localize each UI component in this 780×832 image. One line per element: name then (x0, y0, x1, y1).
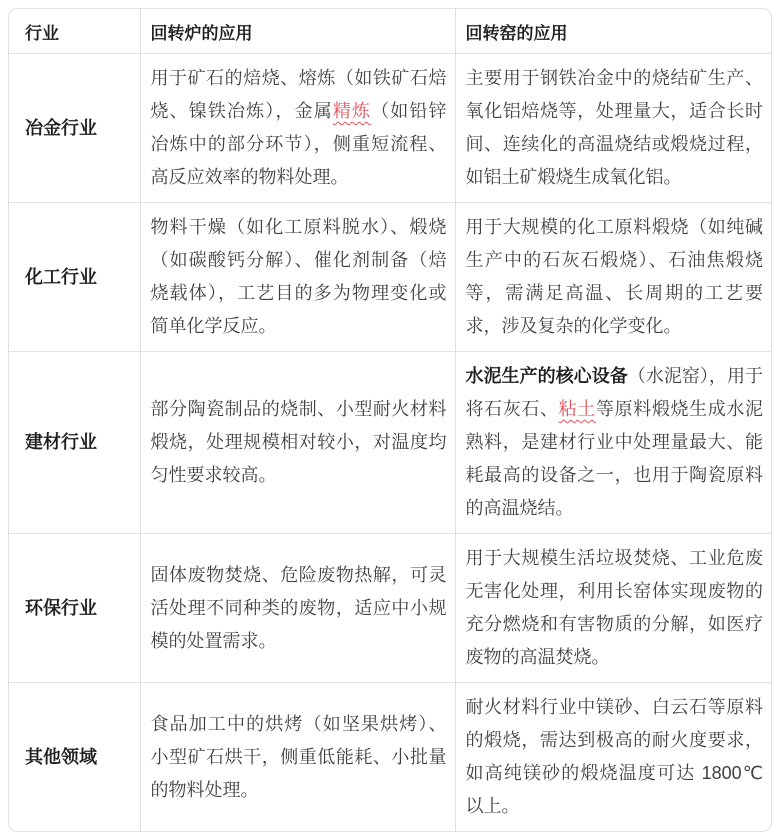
text-segment: 耐火材料行业中镁砂、白云石等原料的煅烧，需达到极高的耐火度要求，如高纯镁砂的煅烧… (466, 697, 764, 816)
kiln-cell: 用于大规模的化工原料煅烧（如纯碱生产中的石灰石煅烧）、石油焦煅烧等，需满足高温、… (455, 203, 771, 352)
red-highlighted-text: 粘土 (559, 399, 596, 419)
industry-comparison-table: 行业 回转炉的应用 回转窑的应用 冶金行业 用于矿石的焙烧、熔炼（如铁矿石焙烧、… (8, 8, 772, 832)
comparison-table: 行业 回转炉的应用 回转窑的应用 冶金行业 用于矿石的焙烧、熔炼（如铁矿石焙烧、… (9, 9, 771, 831)
text-segment: 食品加工中的烘烤（如坚果烘烤）、小型矿石烘干，侧重低能耗、小批量的物料处理。 (151, 714, 447, 800)
industry-cell: 环保行业 (9, 534, 140, 683)
col-header-industry: 行业 (9, 9, 140, 54)
text-segment: 部分陶瓷制品的烧制、小型耐火材料煅烧，处理规模相对较小，对温度均匀性要求较高。 (151, 399, 447, 485)
furnace-cell: 物料干燥（如化工原料脱水）、煅烧（如碳酸钙分解）、催化剂制备（焙烧载体），工艺目… (140, 203, 455, 352)
table-row-chemical: 化工行业 物料干燥（如化工原料脱水）、煅烧（如碳酸钙分解）、催化剂制备（焙烧载体… (9, 203, 771, 352)
table-row-building-materials: 建材行业 部分陶瓷制品的烧制、小型耐火材料煅烧，处理规模相对较小，对温度均匀性要… (9, 352, 771, 534)
furnace-cell: 部分陶瓷制品的烧制、小型耐火材料煅烧，处理规模相对较小，对温度均匀性要求较高。 (140, 352, 455, 534)
kiln-cell: 耐火材料行业中镁砂、白云石等原料的煅烧，需达到极高的耐火度要求，如高纯镁砂的煅烧… (455, 683, 771, 832)
text-segment: 物料干燥（如化工原料脱水）、煅烧（如碳酸钙分解）、催化剂制备（焙烧载体），工艺目… (151, 217, 447, 336)
industry-cell: 其他领域 (9, 683, 140, 832)
text-segment: 固体废物焚烧、危险废物热解，可灵活处理不同种类的废物，适应中小规模的处置需求。 (151, 565, 447, 651)
furnace-cell: 固体废物焚烧、危险废物热解，可灵活处理不同种类的废物，适应中小规模的处置需求。 (140, 534, 455, 683)
furnace-cell: 食品加工中的烘烤（如坚果烘烤）、小型矿石烘干，侧重低能耗、小批量的物料处理。 (140, 683, 455, 832)
table-row-environmental: 环保行业 固体废物焚烧、危险废物热解，可灵活处理不同种类的废物，适应中小规模的处… (9, 534, 771, 683)
header-row: 行业 回转炉的应用 回转窑的应用 (9, 9, 771, 54)
industry-cell: 化工行业 (9, 203, 140, 352)
bold-text-segment: 水泥生产的核心设备 (466, 366, 628, 386)
table-row-metallurgy: 冶金行业 用于矿石的焙烧、熔炼（如铁矿石焙烧、镍铁冶炼），金属精炼（如铅锌冶炼中… (9, 54, 771, 203)
text-segment: 主要用于钢铁冶金中的烧结矿生产、氧化铝焙烧等，处理量大，适合长时间、连续化的高温… (466, 68, 764, 187)
text-segment: 用于大规模生活垃圾焚烧、工业危废无害化处理，利用长窑体实现废物的充分燃烧和有害物… (466, 548, 764, 667)
kiln-cell: 用于大规模生活垃圾焚烧、工业危废无害化处理，利用长窑体实现废物的充分燃烧和有害物… (455, 534, 771, 683)
industry-cell: 冶金行业 (9, 54, 140, 203)
kiln-cell: 水泥生产的核心设备（水泥窑），用于将石灰石、粘土等原料煅烧生成水泥熟料，是建材行… (455, 352, 771, 534)
furnace-cell: 用于矿石的焙烧、熔炼（如铁矿石焙烧、镍铁冶炼），金属精炼（如铅锌冶炼中的部分环节… (140, 54, 455, 203)
industry-cell: 建材行业 (9, 352, 140, 534)
red-highlighted-text: 精炼 (333, 101, 371, 121)
col-header-rotary-furnace: 回转炉的应用 (140, 9, 455, 54)
col-header-rotary-kiln: 回转窑的应用 (455, 9, 771, 54)
kiln-cell: 主要用于钢铁冶金中的烧结矿生产、氧化铝焙烧等，处理量大，适合长时间、连续化的高温… (455, 54, 771, 203)
table-row-other-fields: 其他领域 食品加工中的烘烤（如坚果烘烤）、小型矿石烘干，侧重低能耗、小批量的物料… (9, 683, 771, 832)
text-segment: 用于大规模的化工原料煅烧（如纯碱生产中的石灰石煅烧）、石油焦煅烧等，需满足高温、… (466, 217, 764, 336)
